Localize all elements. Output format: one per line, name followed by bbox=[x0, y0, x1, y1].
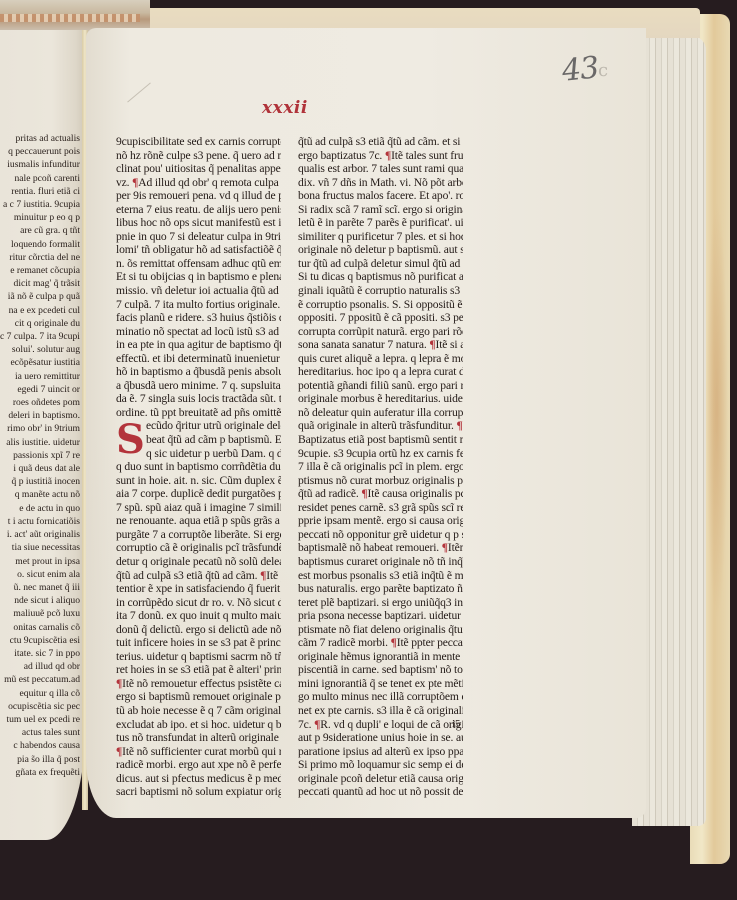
signature-mark: i5 bbox=[452, 718, 461, 730]
left-text-line: tum uel ex pcedi re bbox=[0, 713, 80, 726]
left-text-line: minuitur p eo q p bbox=[0, 211, 80, 224]
text-line: originale morbus ẽ hereditarius. uidetur… bbox=[298, 392, 463, 406]
left-text-line: cit q originale du bbox=[0, 317, 80, 330]
left-text-line: t i actu fornicatiõis bbox=[0, 515, 80, 528]
text-line: lomi' tñ obligatur hõ ad satisfactiõẽ q̃… bbox=[116, 243, 281, 257]
text-line: a q̃busdã uero minime. 7 q. supsluitas u… bbox=[116, 379, 281, 393]
text-line: quis curet aliquẽ a lepra. q lepra ẽ mor… bbox=[298, 352, 463, 366]
text-line: tuit inficere hoies in se s3 pat ẽ princ… bbox=[116, 636, 281, 650]
text-line: ptismate nõ fiat deleno originalis q̃tum… bbox=[298, 623, 463, 637]
text-line: go multo minus nec illã corruptõem q̃ se… bbox=[298, 690, 463, 704]
text-line: 7c. ¶R. vd q dupli' e loqui de cã origin… bbox=[298, 718, 463, 732]
text-line: est morbus psonalis s3 etiã inq̃tũ ẽ mor bbox=[298, 569, 463, 583]
left-text-line: loquendo formalit bbox=[0, 238, 80, 251]
text-line: Et si tu obijcias q in baptismo e plena … bbox=[116, 270, 281, 284]
text-line: pprie ipsam mentẽ. ergo si causa origina… bbox=[298, 514, 463, 528]
text-line: sacri baptismi nõ solum expiatur origina… bbox=[116, 785, 281, 799]
running-head: xxxii bbox=[262, 98, 308, 118]
paragraph-mark-icon: ¶ bbox=[457, 419, 463, 432]
text-line: in ea pte in qua agitur de baptismo q̃tũ… bbox=[116, 338, 281, 352]
text-line: nõ hz rõnẽ culpe s3 pene. q̃ uero ad mal… bbox=[116, 149, 281, 163]
folio-number: 43 bbox=[560, 50, 600, 89]
text-line: Si radix scã 7 ramĩ scĩ. ergo si origina… bbox=[298, 203, 463, 217]
text-line: piscentiã in carne. sed baptism' nõ toll… bbox=[298, 663, 463, 677]
text-line: effectũ. et ibi determinatũ inuenietur q… bbox=[116, 352, 281, 366]
text-line: 7 culpã. 7 ita multo fortius originale. … bbox=[116, 298, 281, 312]
cover-stain bbox=[706, 200, 728, 620]
left-text-line: tia siue necessitas bbox=[0, 541, 80, 554]
left-text-line: maliuuẽ pcõ luxu bbox=[0, 607, 80, 620]
text-line: radicẽ morbi. ergo aut xpe nõ ẽ perfect'… bbox=[116, 758, 281, 772]
text-line: peccati quantũ ad hoc ut nõ possit deinc… bbox=[298, 785, 463, 799]
left-text-line: ctu 9cupiscẽtia esi bbox=[0, 634, 80, 647]
text-line: cãm 7 radicẽ morbi. ¶Itẽ ppter peccatuz bbox=[298, 636, 463, 650]
text-line: residet penes carnẽ. s3 grã spũs scĩ res… bbox=[298, 501, 463, 515]
left-text-line: q̃ p iustitiã inocen bbox=[0, 475, 80, 488]
text-line: vz. ¶Ad illud qd obr' q remota culpa vz bbox=[116, 176, 281, 190]
left-text-line: pia s̃o illa q̃ post bbox=[0, 753, 80, 766]
text-column-left: 9cupiscibilitate sed ex carnis corruptõe… bbox=[116, 135, 281, 799]
left-text-line: c habendos causa bbox=[0, 739, 80, 752]
text-line: n. õs remittat offensam adhuc qtũ emẽda bbox=[116, 257, 281, 271]
left-text-line: e de actu in quo bbox=[0, 502, 80, 515]
text-line: originale pcoñ deletur etiã causa origin… bbox=[298, 772, 463, 786]
left-text-line: mũ est peccatum.ad bbox=[0, 673, 80, 686]
left-text-line: ad illud qd obr bbox=[0, 660, 80, 673]
paragraph-mark-icon: ¶ bbox=[442, 541, 448, 554]
text-line: mini ignorantiã q̃ se tenet ex pte mẽtis… bbox=[298, 677, 463, 691]
book-spread-photo: pritas ad actualisq peccauerunt poisiusm… bbox=[0, 0, 737, 900]
left-text-line: i quã deus dat ale bbox=[0, 462, 80, 475]
left-text-line: deleri in baptismo. bbox=[0, 409, 80, 422]
text-line: 9cupiscibilitate sed ex carnis corruptõe… bbox=[116, 135, 281, 149]
text-line: ¶Itẽ nõ sufficienter curat morbũ qui rel… bbox=[116, 745, 281, 759]
left-page-text-fragment: pritas ad actualisq peccauerunt poisiusm… bbox=[0, 132, 80, 779]
text-line: letũ ẽ in parẽte 7 parẽs ẽ purificat'. u… bbox=[298, 216, 463, 230]
text-line: qualis est arbor. 7 tales sunt rami qual… bbox=[298, 162, 463, 176]
paragraph-mark-icon: ¶ bbox=[116, 677, 122, 690]
left-text-line: onitas carnalis cõ bbox=[0, 621, 80, 634]
text-line: q̃tũ ad culpã s3 etiã q̃tũ ad cãm. ¶Itẽ … bbox=[116, 569, 281, 583]
left-text-line: pritas ad actualis bbox=[0, 132, 80, 145]
text-line: detur q originale pecatũ nõ solũ deleatu… bbox=[116, 555, 281, 569]
drop-initial: S bbox=[116, 420, 145, 460]
text-line: teret plẽ baptizari. si ergo uniũq̃q3 in… bbox=[298, 596, 463, 610]
text-line: excludat ab ipo. et si hoc. uidetur q ba… bbox=[116, 718, 281, 732]
left-text-line: actus tales sunt bbox=[0, 726, 80, 739]
text-line: eterna 7 eius reatu. de alijs uero penis… bbox=[116, 203, 281, 217]
text-line: clinat pou' uitiositas q̃ penalitas appe… bbox=[116, 162, 281, 176]
text-line: ita 7 donũ. ex quo inuit q multo maius f… bbox=[116, 609, 281, 623]
text-line: peccati nõ opponitur grẽ uidetur q p sac… bbox=[298, 528, 463, 542]
text-line: facis planũ e ridere. s3 huius q̃stiõis … bbox=[116, 311, 281, 325]
left-text-line: q manẽte actu nõ bbox=[0, 488, 80, 501]
left-text-line: egedi 7 uincit or bbox=[0, 383, 80, 396]
left-text-line: itate. sic 7 in ppo bbox=[0, 647, 80, 660]
left-text-line: alis iustitie. uidetur bbox=[0, 436, 80, 449]
left-text-line: a c 7 iustitia. 9cupia bbox=[0, 198, 80, 211]
text-line: missio. vñ deletur ioi actualia q̃tũ ad … bbox=[116, 284, 281, 298]
text-line: bona fructus malos facere. Et apo'. ro. … bbox=[298, 189, 463, 203]
folio-faint-mark: c bbox=[598, 60, 608, 81]
text-line: 7 illa ẽ cã originalis pcĩ in plem. ergo… bbox=[298, 460, 463, 474]
text-line: ergo si baptismũ remouet originale pecca bbox=[116, 690, 281, 704]
text-line: corrupta corrũpit naturã. ergo pari rõe … bbox=[298, 325, 463, 339]
paragraph-mark-icon: ¶ bbox=[385, 149, 391, 162]
left-text-line: ia uero remittitur bbox=[0, 370, 80, 383]
text-line: aut p 9sideratione unius hoie in se. aut… bbox=[298, 731, 463, 745]
text-line: q̃tũ ad radicẽ. ¶Itẽ causa originalis pc… bbox=[298, 487, 463, 501]
text-line: terius. uidetur q baptismi sacrm nõ tñ c… bbox=[116, 650, 281, 664]
paragraph-mark-icon: ¶ bbox=[361, 487, 367, 500]
left-text-line: rentia. fluri etiã ci bbox=[0, 185, 80, 198]
left-text-line: o. sicut enim ala bbox=[0, 568, 80, 581]
paragraph-mark-icon: ¶ bbox=[429, 338, 435, 351]
text-line: originale nõ deletur p baptismũ. aut si … bbox=[298, 243, 463, 257]
left-text-line: i. act' aũt originalis bbox=[0, 528, 80, 541]
text-line: purgãte 7 a corruptõe liberãte. Si ergo … bbox=[116, 528, 281, 542]
text-line: ret hoies in se s3 etiã pat ẽ alteri' pr… bbox=[116, 663, 281, 677]
paragraph-mark-icon: ¶ bbox=[116, 745, 122, 758]
left-text-line: met prout in ipsa bbox=[0, 555, 80, 568]
text-line: minatio nõ spectat ad locũ istũ s3 ad q̃… bbox=[116, 325, 281, 339]
left-text-line: iã nõ ẽ culpa p quã bbox=[0, 290, 80, 303]
text-line: net ex pte carnis. s3 illa ẽ cã original… bbox=[298, 704, 463, 718]
left-text-line: ũ. nec manet q̃ iii bbox=[0, 581, 80, 594]
left-text-line: solui'. solutur aug bbox=[0, 343, 80, 356]
text-line: ergo baptizatus 7c. ¶Itẽ tales sunt fruc… bbox=[298, 149, 463, 163]
text-line: baptismalẽ nõ habeat remoueri. ¶Itẽm si bbox=[298, 541, 463, 555]
text-line: sona sanata sanatur 7 natura. ¶Itẽ si al… bbox=[298, 338, 463, 352]
text-line: Si primo mõ loquamur sic semp ei deletur bbox=[298, 758, 463, 772]
text-line: hereditarius. hoc ipo q a lepra curat da… bbox=[298, 365, 463, 379]
left-text-line: nale pcoñ carenti bbox=[0, 172, 80, 185]
text-line: da ẽ. 7 singla suis locis tractãda sũt. … bbox=[116, 392, 281, 406]
text-line: ¶Itẽ nõ remouetur effectus psistẽte caus… bbox=[116, 677, 281, 691]
text-line: oppositi. 7 ppositũ ẽ cã ppositi. s3 per… bbox=[298, 311, 463, 325]
text-line: aia 7 corpe. duplicẽ dedit purgatões p a… bbox=[116, 487, 281, 501]
left-text-line: na e ex pcedeti cul bbox=[0, 304, 80, 317]
text-line: dix. vñ 7 dñs in Math. vi. Nõ põt arbor bbox=[298, 176, 463, 190]
text-line: nõ deleatur quin auferatur illa corrupti… bbox=[298, 406, 463, 420]
text-line: potentiã gñandi filiũ sanũ. ergo pari rõ… bbox=[298, 379, 463, 393]
paragraph-mark-icon: ¶ bbox=[391, 636, 397, 649]
text-line: tũ ab hoie necesse ẽ q 7 cãm originalis … bbox=[116, 704, 281, 718]
text-line: originale hẽmus ignorantiã in mente 7 9c… bbox=[298, 650, 463, 664]
left-text-line: gñata ex frequẽti bbox=[0, 766, 80, 779]
text-line: per 9is remoueri pena. vd q illud de pen… bbox=[116, 189, 281, 203]
text-line: Si tu dicas q baptismus nõ purificat ab … bbox=[298, 270, 463, 284]
left-text-line: iusmalis infunditur bbox=[0, 158, 80, 171]
text-line: sunt in hoie. ait. n. sic. Cũm duplex ẽ … bbox=[116, 474, 281, 488]
left-text-line: ritur cõrctia del ne bbox=[0, 251, 80, 264]
text-line: quã originale in alterũ trãsfunditur. ¶S… bbox=[298, 419, 463, 433]
left-text-line: q peccauerunt pois bbox=[0, 145, 80, 158]
left-text-line: nde sicut i aliquo bbox=[0, 594, 80, 607]
text-line: 9cupie. s3 9cupia ortũ hz ex carnis fedi… bbox=[298, 447, 463, 461]
text-line: q̃tũ ad culpã s3 etiã q̃tũ ad cãm. et si… bbox=[298, 135, 463, 149]
left-text-line: c 7 culpa. 7 ita 9cupia bbox=[0, 330, 80, 343]
headband-stitching bbox=[0, 14, 140, 22]
text-line: corruptio cã ẽ originalis pcĩ trãsfundẽd… bbox=[116, 541, 281, 555]
text-line: baptismus curaret originale nõ tñ inq̃tũ bbox=[298, 555, 463, 569]
left-text-line: rimo obr' in 9trium bbox=[0, 422, 80, 435]
text-line: pria psona necesse baptizari. uidetur q … bbox=[298, 609, 463, 623]
text-line: tus nõ transfundat in alterũ originale p… bbox=[116, 731, 281, 745]
text-column-right: q̃tũ ad culpã s3 etiã q̃tũ ad cãm. et si… bbox=[298, 135, 463, 799]
text-line: paratione ipsius ad alterũ ex ipso ppagã… bbox=[298, 745, 463, 759]
text-line: pnie in quo 7 si deleatur culpa in 9trit… bbox=[116, 230, 281, 244]
text-line: tentior ẽ xpe in satisfaciendo q̃ fuerit… bbox=[116, 582, 281, 596]
left-text-line: ecõpẽsatur iustitia bbox=[0, 356, 80, 369]
left-text-line: e remanet cõcupia bbox=[0, 264, 80, 277]
paragraph-mark-icon: ¶ bbox=[260, 569, 266, 582]
text-line: hõ in baptismo a q̃busdã penis absolutur… bbox=[116, 365, 281, 379]
paragraph-mark-icon: ¶ bbox=[132, 176, 138, 189]
text-line: bus naturalis. ergo parẽte baptizato ñ o… bbox=[298, 582, 463, 596]
text-line: in corrũpẽdo sicut dr ro. v. Nõ sicut de… bbox=[116, 596, 281, 610]
text-line: 7 spũ. spũ aiaz quã i imagine 7 similitu… bbox=[116, 501, 281, 515]
text-line: libus hoc nõ ops sicut manifestũ est in … bbox=[116, 216, 281, 230]
text-line: donũ q̃ delictũ. ergo si delictũ ade nõ … bbox=[116, 623, 281, 637]
text-line: similiter q purificetur 7 ples. et si ho… bbox=[298, 230, 463, 244]
paragraph-mark-icon: ¶ bbox=[314, 718, 320, 731]
left-text-line: dicit mag' q̃ trãsit bbox=[0, 277, 80, 290]
left-text-line: roes oñdetes pom bbox=[0, 396, 80, 409]
text-line: ẽ corruptio psonalis. S. Si oppositũ ẽ c… bbox=[298, 298, 463, 312]
left-text-line: equitur q illa cõ bbox=[0, 687, 80, 700]
text-line: dicus. aut si pfectus medicus ẽ p medici… bbox=[116, 772, 281, 786]
left-text-line: passionis xpĩ 7 re bbox=[0, 449, 80, 462]
left-text-line: ocupiscẽtia sic pec bbox=[0, 700, 80, 713]
text-line: ptismus nõ curat morbuz originalis pecca… bbox=[298, 474, 463, 488]
text-line: ne renouante. aqua etiã p spũs grãs a pc… bbox=[116, 514, 281, 528]
text-line: ginali iquãtũ ẽ corruptio naturalis s3 i… bbox=[298, 284, 463, 298]
left-text-line: are cũ gra. q tñt bbox=[0, 224, 80, 237]
text-line: tur q̃tũ ad culpã deletur simul q̃tũ ad … bbox=[298, 257, 463, 271]
text-line: Baptizatus etiã post baptismũ sentit mot… bbox=[298, 433, 463, 447]
